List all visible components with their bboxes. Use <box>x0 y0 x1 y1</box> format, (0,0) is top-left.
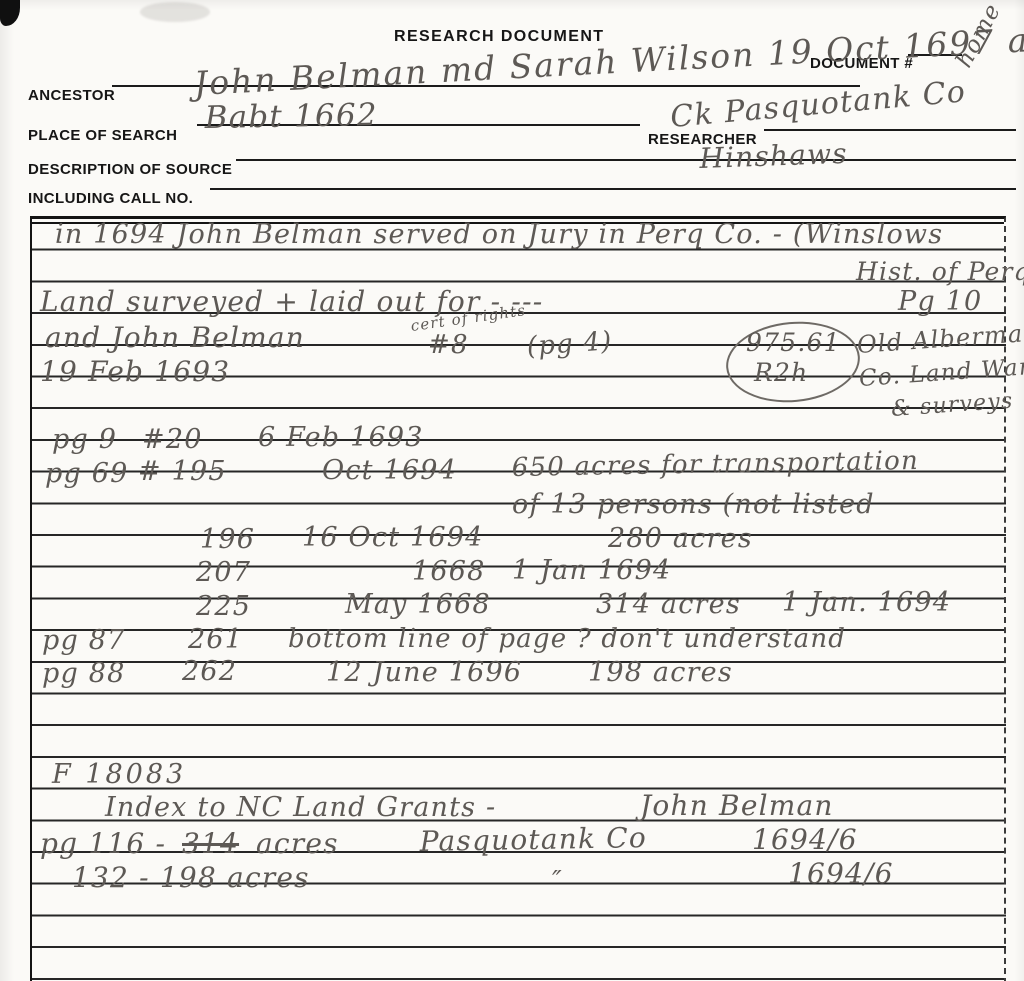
note-pg88-page: pg 88 <box>42 658 126 689</box>
note-225-date: May 1668 <box>345 589 491 620</box>
place-of-search-value: Babt 1662 <box>204 97 378 136</box>
note-116-county: Pasquotank Co <box>419 821 647 858</box>
description-of-source-label: DESCRIPTION OF SOURCE <box>28 161 232 178</box>
scan-corner-artifact <box>0 0 20 26</box>
note-date-19feb: 19 Feb 1693 <box>40 355 230 388</box>
researcher-value: Ck Pasquotank Co <box>669 74 968 135</box>
note-and-john: and John Belman <box>45 321 305 354</box>
note-pg4: (pg 4) <box>526 326 613 362</box>
place-of-search-label: PLACE OF SEARCH <box>28 127 177 144</box>
note-circle-bottom: R2h <box>754 358 808 387</box>
note-pg88-acres: 198 acres <box>588 657 733 688</box>
note-207-num: 207 <box>196 557 251 588</box>
note-jury-ref: Hist. of Perq <box>856 257 1024 286</box>
note-jury: in 1694 John Belman served on Jury in Pe… <box>55 219 943 250</box>
note-196-date: 16 Oct 1694 <box>302 522 484 553</box>
note-225-num: 225 <box>196 591 251 622</box>
note-225-date2: 1 Jan. 1694 <box>782 587 951 618</box>
note-index-name: John Belman <box>640 789 834 822</box>
note-pg9-page: pg 9 <box>52 424 117 455</box>
note-pg88-date: 12 June 1696 <box>326 657 522 688</box>
note-pg9-date: 6 Feb 1693 <box>258 422 424 453</box>
note-pg88-num: 262 <box>182 656 237 687</box>
research-document-scan: RESEARCH DOCUMENT DOCUMENT # ANCESTOR PL… <box>0 0 1024 981</box>
note-196-num: 196 <box>200 524 255 555</box>
including-call-no-line <box>210 188 1016 190</box>
note-pg87-num: 261 <box>188 624 243 655</box>
note-number8: #8 <box>428 330 469 360</box>
note-116-year: 1694/6 <box>752 823 858 856</box>
note-circle-top: 975.61 <box>746 328 841 357</box>
note-207-date: 1 Jan 1694 <box>512 555 671 586</box>
note-116-acres-word: acres <box>256 827 339 860</box>
researcher-line <box>764 129 1016 131</box>
note-132-year: 1694/6 <box>788 857 894 890</box>
note-196-acres: 280 acres <box>608 523 753 554</box>
note-pg69-num: # 195 <box>138 456 227 487</box>
including-call-no-label: INCLUDING CALL NO. <box>28 190 193 207</box>
note-225-acres: 314 acres <box>596 589 741 620</box>
note-pg69-page: pg 69 <box>45 458 129 489</box>
researcher-value-line2: Hinshaws <box>699 137 849 175</box>
note-pg87-page: pg 87 <box>42 625 126 656</box>
note-pg69-persons: of 13 persons (not listed <box>512 489 875 520</box>
note-film-number: F 18083 <box>52 759 186 790</box>
note-132-ditto: ″ <box>552 866 563 896</box>
note-pg87-remark: bottom line of page ? don't understand <box>288 624 846 654</box>
note-116-acres-struck: 314 <box>182 827 239 860</box>
note-132-acres: 132 - 198 acres <box>72 861 310 894</box>
note-116-page: pg 116 - <box>40 827 166 860</box>
note-207-year: 1668 <box>412 556 486 587</box>
note-pg10: Pg 10 <box>898 286 982 317</box>
ancestor-label: ANCESTOR <box>28 87 115 104</box>
description-of-source-line <box>236 159 1016 161</box>
note-pg9-num: #20 <box>142 424 203 455</box>
scan-smudge <box>140 2 210 22</box>
note-pg69-date: Oct 1694 <box>322 455 457 486</box>
note-index-title: Index to NC Land Grants - <box>105 792 496 823</box>
